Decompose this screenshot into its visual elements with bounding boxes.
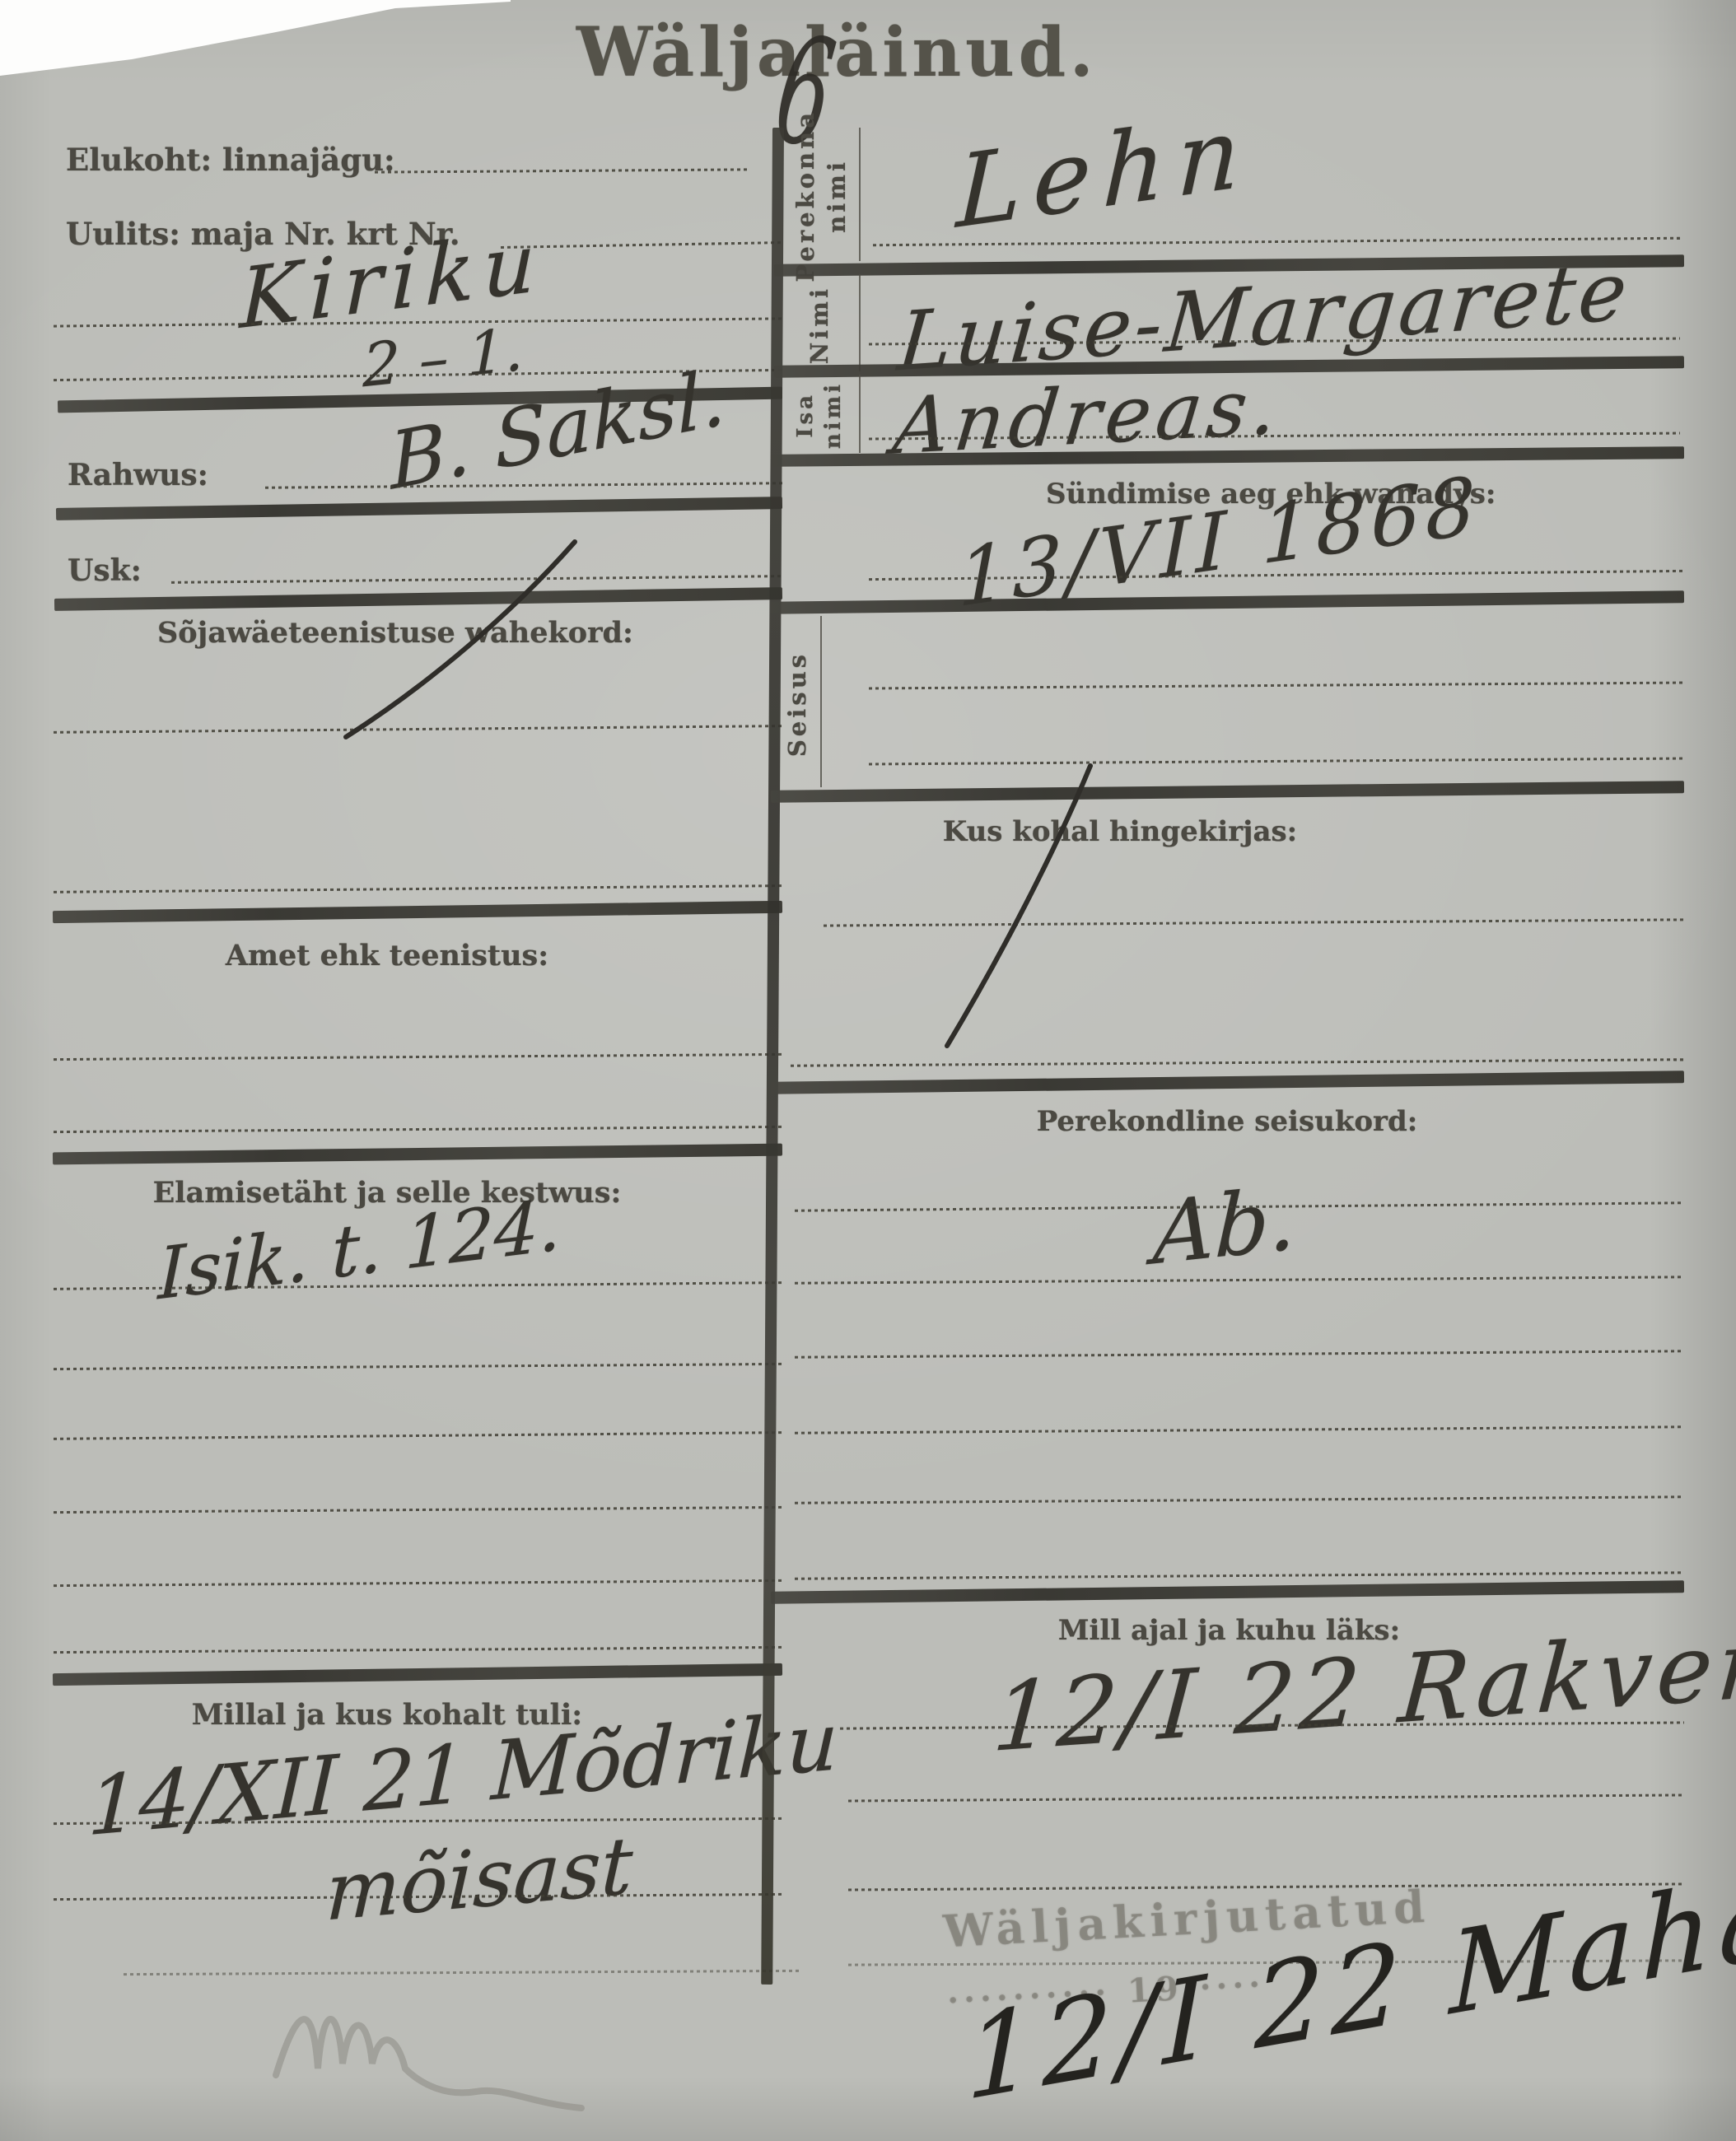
parish-register-label: Kus kohal hingekirjas:: [898, 815, 1342, 848]
dotted-line: [795, 1495, 1684, 1504]
dotted-line: [54, 1053, 782, 1061]
dotted-line: [171, 575, 782, 584]
dotted-line: [791, 1058, 1684, 1067]
residence-city-label: Elukoht: linnajägu:: [66, 142, 395, 178]
dotted-line: [375, 168, 747, 173]
section-divider: [771, 1580, 1684, 1604]
dotted-line: [54, 1506, 782, 1514]
dotted-line: [795, 1276, 1684, 1285]
occupation-label: Amet ehk teenistus:: [140, 939, 634, 973]
name-vertical-label: Nimi: [791, 284, 848, 366]
label-separator-line: [859, 375, 861, 453]
section-divider: [771, 781, 1684, 803]
dotted-line: [869, 758, 1684, 766]
section-divider: [53, 1144, 782, 1165]
dotted-line: [54, 1363, 782, 1370]
military-service-label: Sõjawäeteenistuse wahekord:: [132, 616, 659, 650]
section-divider: [53, 901, 782, 923]
dotted-line: [54, 884, 782, 893]
dotted-line: [848, 1793, 1684, 1802]
dotted-line: [265, 482, 782, 488]
surname-handwriting: Lehn: [954, 94, 1253, 251]
section-divider: [771, 1070, 1684, 1094]
section-divider: [53, 1663, 782, 1686]
dotted-line: [824, 918, 1684, 926]
surname-vertical-label: Perekonna nimi: [786, 133, 856, 259]
dotted-line: [54, 1431, 782, 1440]
label-separator-line: [820, 616, 822, 787]
dotted-line: [869, 682, 1684, 690]
label-separator-line: [859, 128, 861, 261]
status-vertical-label: Seisus: [779, 651, 815, 758]
label-separator-line: [859, 274, 861, 371]
dotted-line: [54, 1646, 782, 1654]
dotted-line: [795, 1571, 1684, 1580]
father-name-vertical-label: Isa nimi: [784, 377, 855, 453]
dotted-line: [54, 1126, 782, 1133]
religion-label: Usk:: [68, 553, 142, 588]
dotted-line: [54, 725, 782, 734]
nationality-label: Rahwus:: [68, 458, 208, 492]
scanned-registration-card: Wäljaläinud. 6 Elukoht: linnajägu: Uulit…: [0, 0, 1736, 2141]
arrival-handwriting-line2: mõisast: [324, 1819, 634, 1938]
torn-paper-corner: [0, 0, 511, 82]
section-divider: [54, 587, 782, 611]
section-divider: [771, 590, 1684, 614]
dotted-line: [54, 1579, 782, 1587]
family-status-handwriting: Ab.: [1151, 1168, 1298, 1284]
family-status-label: Perekondline seisukord:: [1034, 1105, 1421, 1138]
dotted-line: [795, 1350, 1684, 1359]
pencil-scribble: [276, 2019, 581, 2108]
dotted-line: [124, 1970, 799, 1975]
dotted-line: [795, 1425, 1684, 1434]
register-slash-mark: [947, 766, 1090, 1046]
